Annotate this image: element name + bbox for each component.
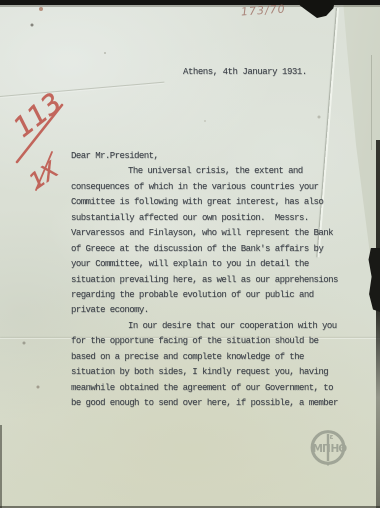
stamp-monogram-left: ΜΠ [313,443,330,455]
letter-line: The universal crisis, the extent and [71,164,371,179]
stamp-monogram-right: ΗΘ [331,443,348,455]
letter-salutation: Dear Mr.President, [71,149,371,164]
letter-line: regarding the probable evolution of our … [71,288,371,303]
scanned-letter-page: 173/70 Athens, 4th January 1931. Dear Mr… [0,0,380,508]
letter-line: be good enough to send over here, if pos… [71,396,371,411]
letter-line: situation prevailing here, as well as ou… [71,273,371,288]
letter-line: Committee is following with great intere… [71,195,371,210]
red-mark-tail-stroke [36,152,52,190]
letter-line: substantially affected our own position.… [71,211,371,226]
letter-line: meanwhile obtained the agreement of our … [71,381,371,396]
letter-line: situation by both sides, I kindly reques… [71,365,371,380]
letter-line: your Committee, will explain to you in d… [71,257,371,272]
scan-edge-right [376,140,380,508]
letter-line: for the opportune facing of the situatio… [71,334,371,349]
letter-line: In our desire that our cooperation with … [71,319,371,334]
letter-line: private economy. [71,303,371,318]
letter-line: consequences of which in the various cou… [71,180,371,195]
pencil-folio-note: 173/70 [241,2,287,18]
red-slash-stroke [17,105,62,162]
red-mark-1x: 1X [25,157,64,195]
letter-line: Varvaressos and Finlayson, who will repr… [71,226,371,241]
letter-body: Dear Mr.President, The universal crisis,… [71,149,371,411]
scan-edge-left [0,425,2,508]
letter-date: Athens, 4th January 1931. [183,67,307,77]
letter-line: based on a precise and complete knowledg… [71,350,371,365]
page-fold-edge-2 [371,55,372,150]
stamp-base-ornament [325,463,332,467]
stamp-top-glyph: ε [330,433,334,441]
letter-line: of Greece at the discussion of the Bank'… [71,242,371,257]
red-number-113: 113 [8,87,68,143]
paper-crease-top-left [0,82,164,97]
torn-corner [295,0,335,18]
stamp-ring [312,432,344,464]
